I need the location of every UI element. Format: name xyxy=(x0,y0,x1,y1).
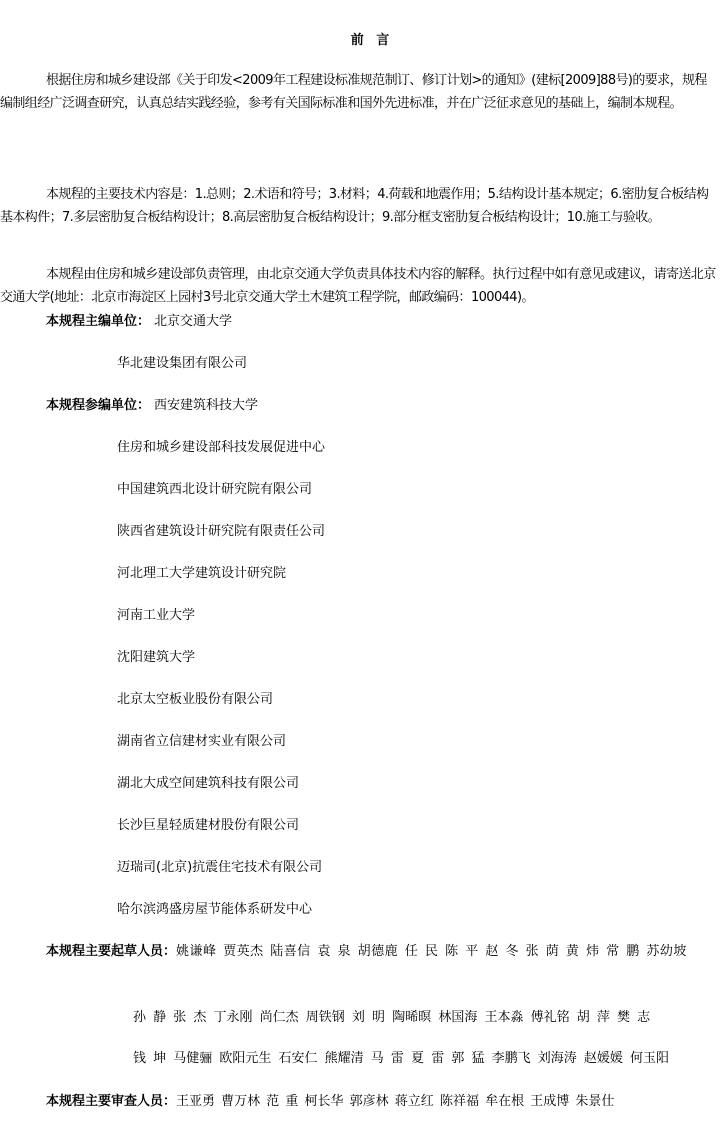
participating-unit-row: 本规程参编单位：西安建筑科技大学 xyxy=(46,396,258,416)
chief-unit-item: 北京交通大学 xyxy=(154,314,232,329)
participating-unit-item: 河北理工大学建筑设计研究院 xyxy=(117,564,286,584)
reviewers-label: 本规程主要审查人员： xyxy=(46,1094,176,1109)
reviewers-row: 本规程主要审查人员：王亚勇 曹万林 范 重 柯长华 郭彦林 蒋立红 陈祥福 牟在… xyxy=(46,1092,614,1112)
participating-unit-item: 北京太空板业股份有限公司 xyxy=(117,690,273,710)
page-title: 前 言 xyxy=(0,29,720,48)
participating-unit-item: 陕西省建筑设计研究院有限责任公司 xyxy=(117,522,325,542)
participating-unit-item: 住房和城乡建设部科技发展促进中心 xyxy=(117,438,325,458)
participating-unit-item: 河南工业大学 xyxy=(117,606,195,626)
chief-unit-item: 华北建设集团有限公司 xyxy=(117,354,247,374)
drafters-names-line: 钱 坤 马健骊 欧阳元生 石安仁 熊耀清 马 雷 夏 雷 郭 猛 李鹏飞 刘海涛… xyxy=(133,1049,669,1069)
participating-unit-item: 长沙巨星轻质建材股份有限公司 xyxy=(117,816,299,836)
participating-unit-item: 湖南省立信建材实业有限公司 xyxy=(117,732,286,752)
participating-unit-item: 西安建筑科技大学 xyxy=(154,398,258,413)
drafters-names: 姚谦峰 贾英杰 陆喜信 袁 泉 胡德鹿 任 民 陈 平 赵 冬 张 荫 黄 炜 … xyxy=(176,944,687,959)
reviewers-names: 王亚勇 曹万林 范 重 柯长华 郭彦林 蒋立红 陈祥福 牟在根 王成博 朱景仕 xyxy=(176,1094,614,1109)
intro-paragraph: 根据住房和城乡建设部《关于印发<2009年工程建设标准规范制订、修订计划>的通知… xyxy=(0,69,718,115)
chief-units-label: 本规程主编单位： xyxy=(46,314,150,329)
management-paragraph: 本规程由住房和城乡建设部负责管理，由北京交通大学负责具体技术内容的解释。执行过程… xyxy=(0,263,718,309)
participating-units-label: 本规程参编单位： xyxy=(46,398,150,413)
drafters-names-line: 孙 静 张 杰 丁永刚 尚仁杰 周铁钢 刘 明 陶晞暝 林国海 王本淼 傅礼铭 … xyxy=(133,1008,650,1028)
chief-unit-row: 本规程主编单位：北京交通大学 xyxy=(46,312,232,332)
participating-unit-item: 哈尔滨鸿盛房屋节能体系研发中心 xyxy=(117,900,312,920)
technical-content-paragraph: 本规程的主要技术内容是：1.总则；2.术语和符号；3.材料；4.荷载和地震作用；… xyxy=(0,183,718,229)
participating-unit-item: 沈阳建筑大学 xyxy=(117,648,195,668)
participating-unit-item: 迈瑞司(北京)抗震住宅技术有限公司 xyxy=(117,858,322,878)
participating-unit-item: 中国建筑西北设计研究院有限公司 xyxy=(117,480,312,500)
drafters-block: 本规程主要起草人员：姚谦峰 贾英杰 陆喜信 袁 泉 胡德鹿 任 民 陈 平 赵 … xyxy=(0,940,712,964)
drafters-label: 本规程主要起草人员： xyxy=(46,944,176,959)
participating-unit-item: 湖北大成空间建筑科技有限公司 xyxy=(117,774,299,794)
